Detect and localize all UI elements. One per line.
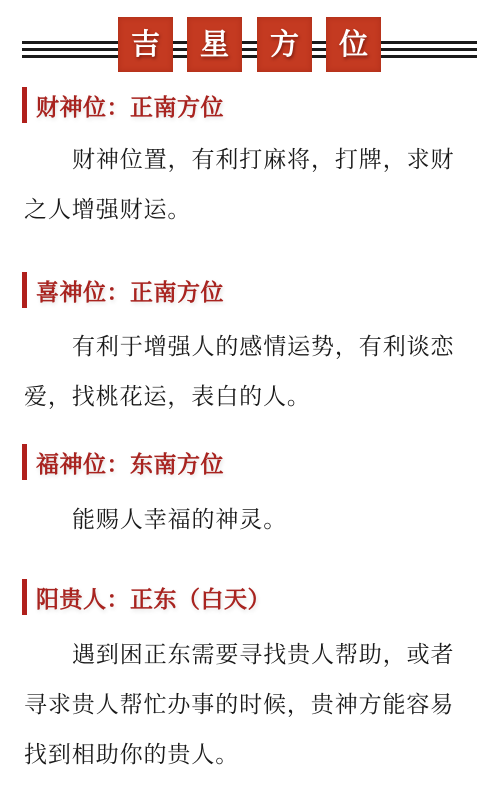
heading-text: 喜神位：正南方位 [36,274,224,307]
section-body-fortune-god: 能赐人幸福的神灵。 [24,495,458,545]
heading-text: 财神位：正南方位 [36,89,224,122]
banner-line-bottom [22,55,477,58]
section-heading-wealth-god: 财神位：正南方位 [22,87,224,123]
heading-text: 阳贵人：正东（白天） [36,581,271,614]
section-heading-fortune-god: 福神位：东南方位 [22,444,224,480]
section-body-wealth-god: 财神位置，有利打麻将，打牌，求财之人增强财运。 [24,135,458,235]
heading-accent-bar [22,272,27,308]
heading-accent-bar [22,87,27,123]
title-banner: 吉 星 方 位 [0,0,499,80]
banner-char-box-4: 位 [326,17,381,72]
banner-char-box-1: 吉 [118,17,173,72]
section-body-yang-noble: 遇到困正东需要寻找贵人帮助，或者寻求贵人帮忙办事的时候，贵神方能容易找到相助你的… [24,630,458,780]
section-heading-yang-noble: 阳贵人：正东（白天） [22,579,271,615]
section-body-joy-god: 有利于增强人的感情运势，有利谈恋爱，找桃花运，表白的人。 [24,322,458,422]
banner-char-box-2: 星 [187,17,242,72]
heading-accent-bar [22,444,27,480]
section-heading-joy-god: 喜神位：正南方位 [22,272,224,308]
banner-line-top [22,41,477,44]
banner-line-middle [22,48,477,51]
heading-accent-bar [22,579,27,615]
banner-char-box-3: 方 [257,17,312,72]
heading-text: 福神位：东南方位 [36,446,224,479]
